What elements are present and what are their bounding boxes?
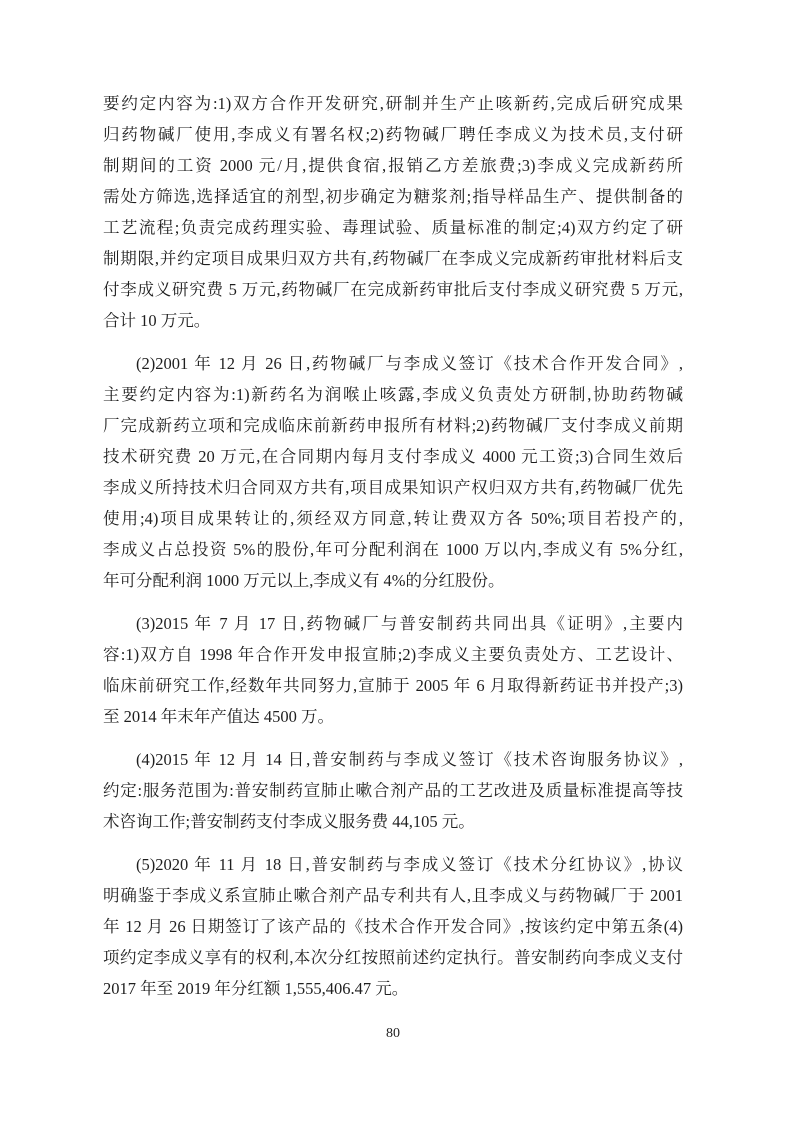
document-page: 要约定内容为:1)双方合作开发研究,研制并生产止咳新药,完成后研究成果归药物碱厂… <box>0 0 793 1122</box>
text-line: 术咨询工作;普安制药支付李成义服务费 44,105 元。 <box>103 806 683 837</box>
text-line: (3)2015 年 7 月 17 日,药物碱厂与普安制药共同出具《证明》,主要内 <box>103 608 683 639</box>
text-line: 至 2014 年末年产值达 4500 万。 <box>103 701 683 732</box>
text-line: 使用;4)项目成果转让的,须经双方同意,转让费双方各 50%;项目若投产的, <box>103 503 683 534</box>
paragraph: (2)2001 年 12 月 26 日,药物碱厂与李成义签订《技术合作开发合同》… <box>103 348 683 596</box>
document-body: 要约定内容为:1)双方合作开发研究,研制并生产止咳新药,完成后研究成果归药物碱厂… <box>103 88 683 1016</box>
text-line: 李成义所持技术归合同双方共有,项目成果知识产权归双方共有,药物碱厂优先 <box>103 472 683 503</box>
paragraph: (5)2020 年 11 月 18 日,普安制药与李成义签订《技术分红协议》,协… <box>103 849 683 1004</box>
text-line: 年 12 月 26 日期签订了该产品的《技术合作开发合同》,按该约定中第五条(4… <box>103 911 683 942</box>
text-line: 需处方筛选,选择适宜的剂型,初步确定为糖浆剂;指导样品生产、提供制备的 <box>103 181 683 212</box>
text-line: 工艺流程;负责完成药理实验、毒理试验、质量标准的制定;4)双方约定了研 <box>103 212 683 243</box>
text-line: 归药物碱厂使用,李成义有署名权;2)药物碱厂聘任李成义为技术员,支付研 <box>103 119 683 150</box>
text-line: 制期间的工资 2000 元/月,提供食宿,报销乙方差旅费;3)李成义完成新药所 <box>103 150 683 181</box>
text-line: 技术研究费 20 万元,在合同期内每月支付李成义 4000 元工资;3)合同生效… <box>103 441 683 472</box>
text-line: 项约定李成义享有的权利,本次分红按照前述约定执行。普安制药向李成义支付 <box>103 942 683 973</box>
text-line: 李成义占总投资 5%的股份,年可分配利润在 1000 万以内,李成义有 5%分红… <box>103 534 683 565</box>
text-line: (4)2015 年 12 月 14 日,普安制药与李成义签订《技术咨询服务协议》… <box>103 744 683 775</box>
text-line: 制期限,并约定项目成果归双方共有,药物碱厂在李成义完成新药审批材料后支 <box>103 243 683 274</box>
text-line: 明确鉴于李成义系宣肺止嗽合剂产品专利共有人,且李成义与药物碱厂于 2001 <box>103 880 683 911</box>
text-line: 2017 年至 2019 年分红额 1,555,406.47 元。 <box>103 973 683 1004</box>
text-line: 主要约定内容为:1)新药名为润喉止咳露,李成义负责处方研制,协助药物碱 <box>103 379 683 410</box>
text-line: (5)2020 年 11 月 18 日,普安制药与李成义签订《技术分红协议》,协… <box>103 849 683 880</box>
text-line: 临床前研究工作,经数年共同努力,宣肺于 2005 年 6 月取得新药证书并投产;… <box>103 670 683 701</box>
text-line: 约定:服务范围为:普安制药宣肺止嗽合剂产品的工艺改进及质量标准提高等技 <box>103 775 683 806</box>
paragraph: 要约定内容为:1)双方合作开发研究,研制并生产止咳新药,完成后研究成果归药物碱厂… <box>103 88 683 336</box>
paragraph: (3)2015 年 7 月 17 日,药物碱厂与普安制药共同出具《证明》,主要内… <box>103 608 683 732</box>
page-number: 80 <box>103 1024 683 1044</box>
text-line: 要约定内容为:1)双方合作开发研究,研制并生产止咳新药,完成后研究成果 <box>103 88 683 119</box>
text-line: 年可分配利润 1000 万元以上,李成义有 4%的分红股份。 <box>103 565 683 596</box>
text-line: 厂完成新药立项和完成临床前新药申报所有材料;2)药物碱厂支付李成义前期 <box>103 410 683 441</box>
paragraph: (4)2015 年 12 月 14 日,普安制药与李成义签订《技术咨询服务协议》… <box>103 744 683 837</box>
text-line: 付李成义研究费 5 万元,药物碱厂在完成新药审批后支付李成义研究费 5 万元, <box>103 274 683 305</box>
text-line: 容:1)双方自 1998 年合作开发申报宣肺;2)李成义主要负责处方、工艺设计、 <box>103 639 683 670</box>
text-line: (2)2001 年 12 月 26 日,药物碱厂与李成义签订《技术合作开发合同》… <box>103 348 683 379</box>
text-line: 合计 10 万元。 <box>103 305 683 336</box>
